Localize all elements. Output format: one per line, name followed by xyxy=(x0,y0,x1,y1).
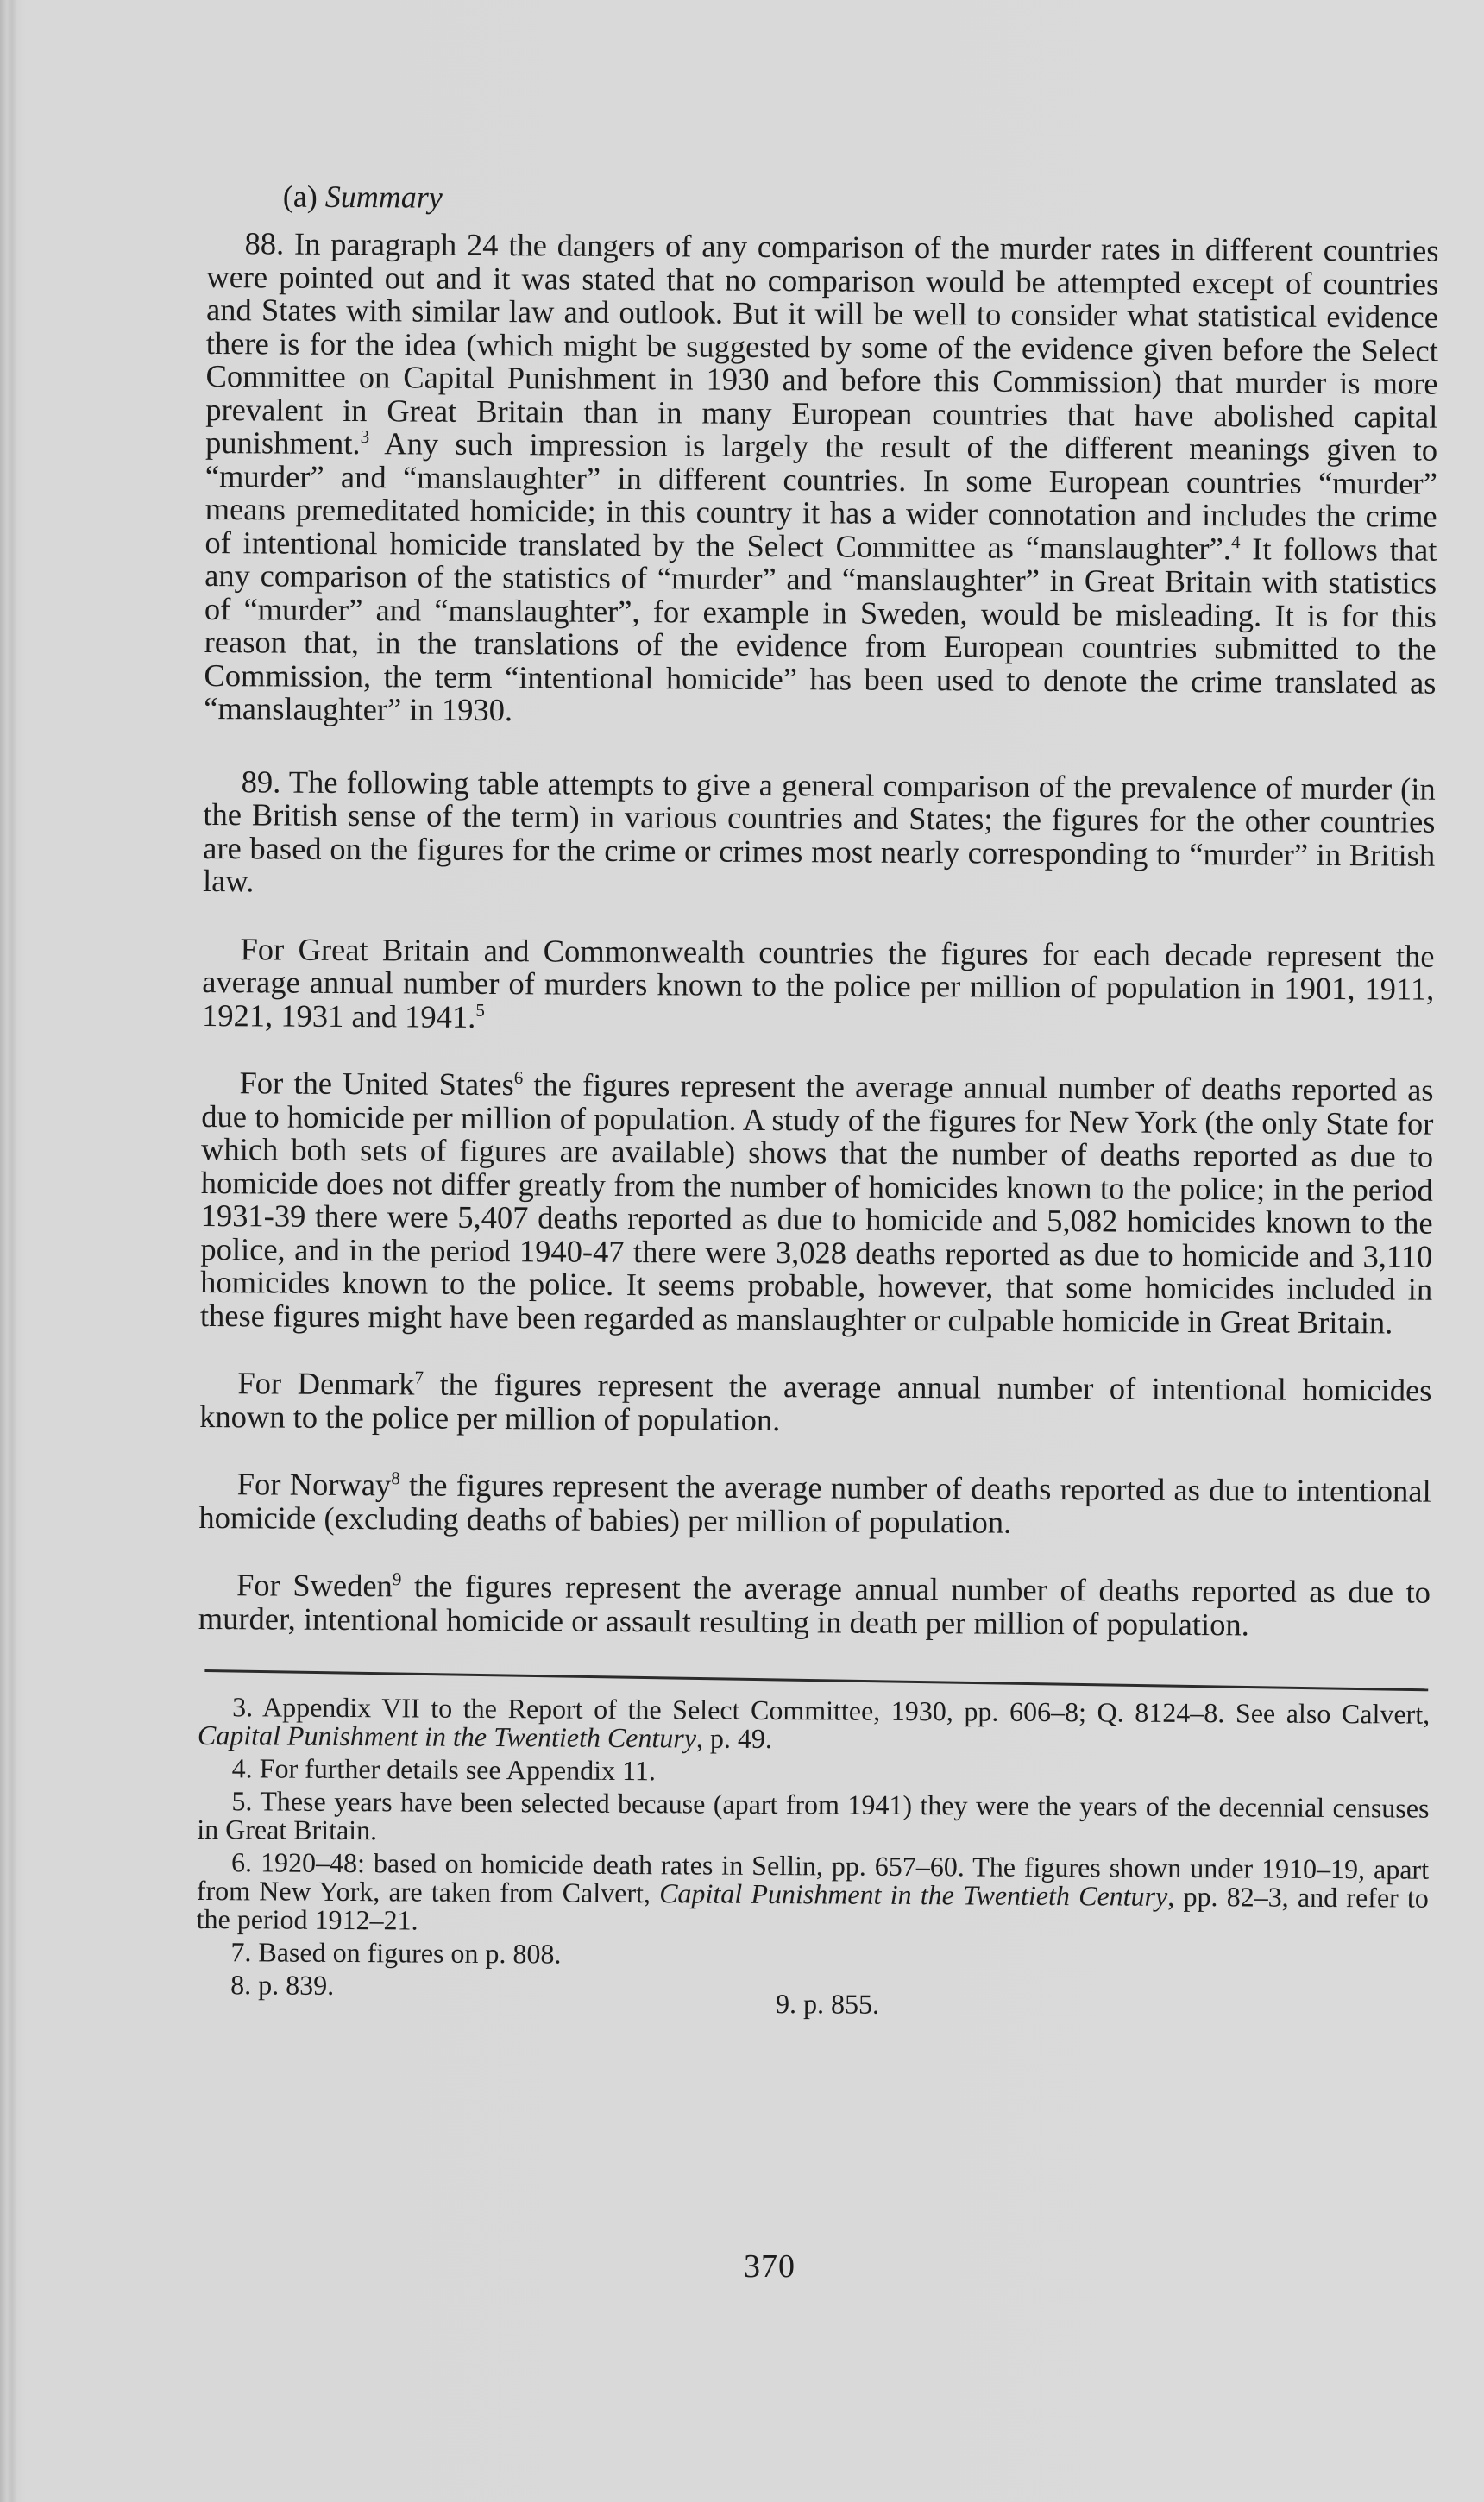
paragraph-sweden: For Sweden9 the figures represent the av… xyxy=(198,1568,1431,1643)
paragraph-great-britain: For Great Britain and Commonwealth count… xyxy=(202,932,1435,1039)
paragraph-88: 88. In paragraph 24 the dangers of any c… xyxy=(204,227,1439,732)
footnote-ref-7[interactable]: 7 xyxy=(414,1367,424,1387)
paragraph-number: 88. xyxy=(244,225,284,261)
paragraph-89: 89. The following table attempts to give… xyxy=(203,764,1436,905)
footnote-9: 9. p. 855. xyxy=(776,1974,879,2019)
footnote-5: 5. These years have been selected becaus… xyxy=(197,1787,1429,1851)
page-content: (a) Summary 88. In paragraph 24 the dang… xyxy=(196,177,1439,2022)
section-label: (a) xyxy=(283,179,318,214)
footnote-row-8-9: 8. p. 839. 9. p. 855. xyxy=(230,1971,1428,2021)
footnote-4: 4. For further details see Appendix 11. xyxy=(198,1754,1430,1790)
footnote-7: 7. Based on figures on p. 808. xyxy=(196,1938,1428,1974)
footnote-ref-4[interactable]: 4 xyxy=(1231,531,1241,552)
paragraph-number: 89. xyxy=(242,764,281,799)
document-page: (a) Summary 88. In paragraph 24 the dang… xyxy=(0,0,1484,2502)
footnote-ref-6[interactable]: 6 xyxy=(514,1067,524,1088)
paragraph-united-states: For the United States6 the figures repre… xyxy=(200,1066,1434,1340)
footnote-ref-5[interactable]: 5 xyxy=(475,999,485,1020)
footnote-8: 8. p. 839. xyxy=(230,1971,776,2002)
footnote-ref-9[interactable]: 9 xyxy=(393,1568,402,1589)
footnote-6: 6. 1920–48: based on homicide death rate… xyxy=(197,1848,1430,1941)
page-number: 370 xyxy=(744,2247,795,2285)
footnotes: 3. Appendix VII to the Report of the Sel… xyxy=(196,1693,1430,2022)
footnote-divider xyxy=(204,1669,1428,1691)
section-title: Summary xyxy=(325,179,443,215)
footnote-3: 3. Appendix VII to the Report of the Sel… xyxy=(198,1693,1430,1757)
paragraph-norway: For Norway8 the figures represent the av… xyxy=(198,1468,1431,1542)
section-heading: (a) Summary xyxy=(283,178,1439,223)
footnote-ref-8[interactable]: 8 xyxy=(391,1468,400,1488)
footnote-ref-3[interactable]: 3 xyxy=(361,426,370,447)
paragraph-denmark: For Denmark7 the figures represent the a… xyxy=(199,1367,1431,1441)
